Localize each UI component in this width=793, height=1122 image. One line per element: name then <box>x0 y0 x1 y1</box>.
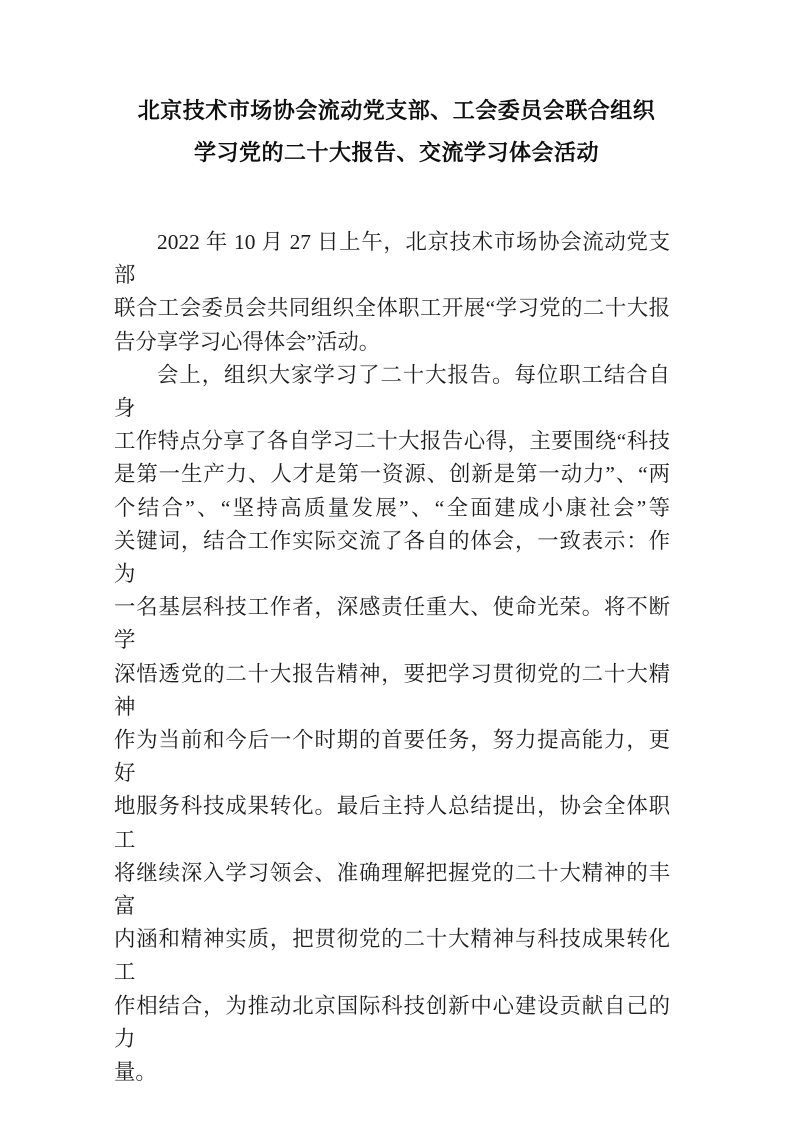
body-line: 地服务科技成果转化。最后主持人总结提出，协会全体职工 <box>114 790 670 856</box>
body-line: 作相结合，为推动北京国际科技创新中心建设贡献自己的力 <box>114 990 670 1056</box>
body-line: 关键词，结合工作实际交流了各自的体会，一致表示：作为 <box>114 525 670 591</box>
body-line: 工作特点分享了各自学习二十大报告心得，主要围绕“科技 <box>114 425 670 458</box>
body-line: 联合工会委员会共同组织全体职工开展“学习党的二十大报 <box>114 292 670 325</box>
title-line: 学习党的二十大报告、交流学习体会活动 <box>0 132 793 174</box>
document-page: 北京技术市场协会流动党支部、工会委员会联合组织学习党的二十大报告、交流学习体会活… <box>0 0 793 1122</box>
document-title: 北京技术市场协会流动党支部、工会委员会联合组织学习党的二十大报告、交流学习体会活… <box>0 90 793 174</box>
body-line: 会上，组织大家学习了二十大报告。每位职工结合自身 <box>114 359 670 425</box>
body-line: 内涵和精神实质，把贯彻党的二十大精神与科技成果转化工 <box>114 923 670 989</box>
body-line: 告分享学习心得体会”活动。 <box>114 326 670 359</box>
body-line: 深悟透党的二十大报告精神，要把学习贯彻党的二十大精神 <box>114 658 670 724</box>
paragraph-2: 会上，组织大家学习了二十大报告。每位职工结合自身工作特点分享了各自学习二十大报告… <box>114 359 670 1089</box>
body-line: 是第一生产力、人才是第一资源、创新是第一动力”、“两 <box>114 458 670 491</box>
paragraph-1: 2022 年 10 月 27 日上午，北京技术市场协会流动党支部联合工会委员会共… <box>114 226 670 359</box>
body-line: 个结合”、“坚持高质量发展”、“全面建成小康社会”等 <box>114 492 670 525</box>
body-line: 作为当前和今后一个时期的首要任务，努力提高能力，更好 <box>114 724 670 790</box>
title-line: 北京技术市场协会流动党支部、工会委员会联合组织 <box>0 90 793 132</box>
body-line: 一名基层科技工作者，深感责任重大、使命光荣。将不断学 <box>114 591 670 657</box>
document-body: 2022 年 10 月 27 日上午，北京技术市场协会流动党支部联合工会委员会共… <box>114 226 670 1089</box>
body-line: 将继续深入学习领会、准确理解把握党的二十大精神的丰富 <box>114 857 670 923</box>
body-line: 2022 年 10 月 27 日上午，北京技术市场协会流动党支部 <box>114 226 670 292</box>
body-line: 量。 <box>114 1056 670 1089</box>
